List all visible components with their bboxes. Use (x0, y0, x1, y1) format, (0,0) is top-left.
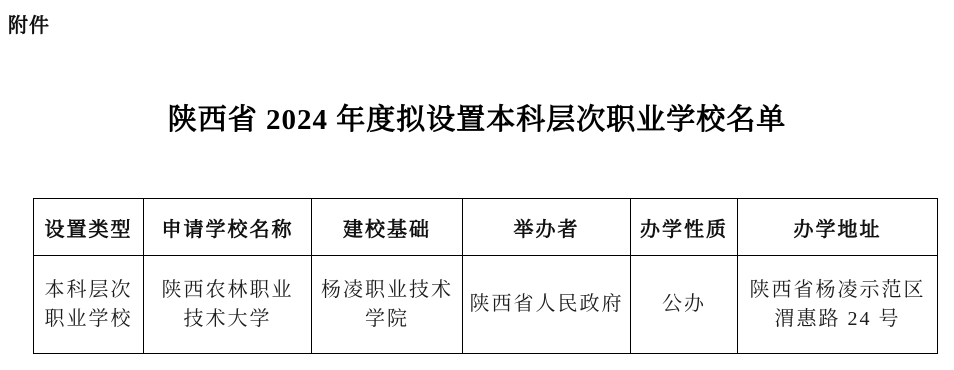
table-row: 本科层次 职业学校 陕西农林职业 技术大学 杨凌职业技术 学院 陕西省人民政府 … (34, 256, 938, 354)
header-organizer: 举办者 (463, 199, 631, 256)
attachment-label: 附件 (8, 9, 50, 38)
cell-setup-type: 本科层次 职业学校 (34, 256, 144, 354)
cell-organizer: 陕西省人民政府 (463, 256, 631, 354)
schools-table: 设置类型 申请学校名称 建校基础 举办者 办学性质 办学地址 本科层次 职业学校… (33, 198, 938, 354)
header-applicant-school: 申请学校名称 (144, 199, 312, 256)
document-title: 陕西省 2024 年度拟设置本科层次职业学校名单 (0, 97, 954, 138)
cell-founding-basis: 杨凌职业技术 学院 (312, 256, 463, 354)
header-founding-basis: 建校基础 (312, 199, 463, 256)
table-header-row: 设置类型 申请学校名称 建校基础 举办者 办学性质 办学地址 (34, 199, 938, 256)
cell-school-nature: 公办 (631, 256, 738, 354)
header-address: 办学地址 (738, 199, 938, 256)
document-page: 附件 陕西省 2024 年度拟设置本科层次职业学校名单 设置类型 申请学校名称 … (0, 0, 954, 370)
cell-applicant-school: 陕西农林职业 技术大学 (144, 256, 312, 354)
cell-address: 陕西省杨凌示范区 渭惠路 24 号 (738, 256, 938, 354)
header-school-nature: 办学性质 (631, 199, 738, 256)
header-setup-type: 设置类型 (34, 199, 144, 256)
